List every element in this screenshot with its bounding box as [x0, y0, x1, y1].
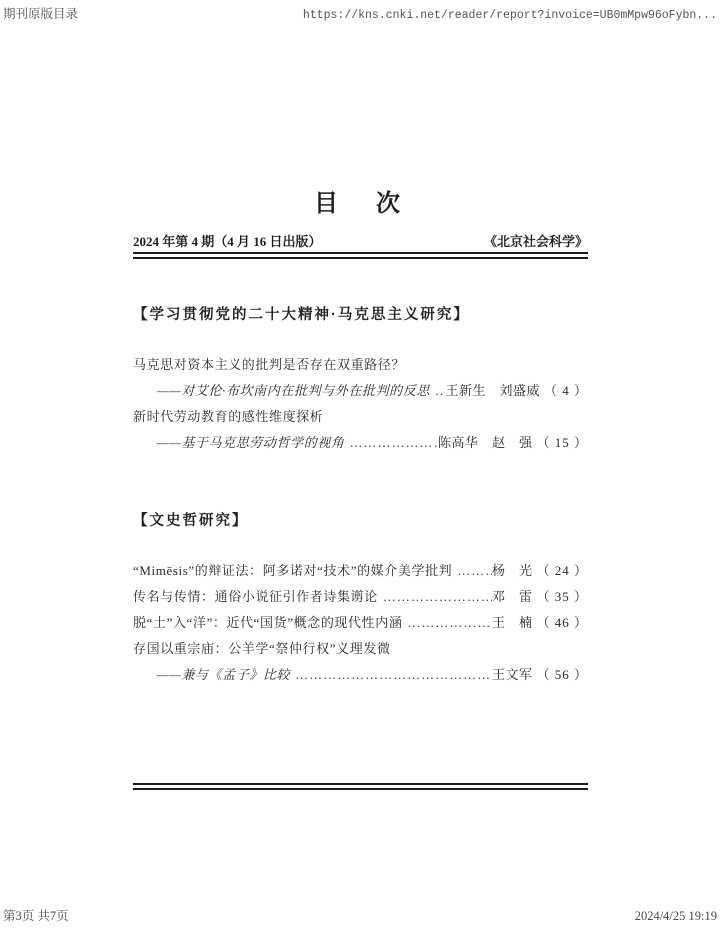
- article-entry-line: 脱“土”入“洋”：近代“国货”概念的现代性内涵 ……………………………… 王 楠…: [133, 610, 588, 636]
- issue-row: 2024 年第 4 期（4 月 16 日出版） 《北京社会科学》: [133, 234, 588, 250]
- timestamp: 2024/4/25 19:19: [635, 909, 717, 924]
- article-authors: 杨 光: [492, 558, 537, 584]
- article-title: 脱“土”入“洋”：近代“国货”概念的现代性内涵: [133, 610, 402, 636]
- toc-content: 目 次 2024 年第 4 期（4 月 16 日出版） 《北京社会科学》 【学习…: [133, 190, 588, 790]
- top-rule: [133, 252, 588, 259]
- article-authors: 邓 雷: [492, 584, 537, 610]
- dot-leader: ………………: [452, 558, 492, 584]
- article-entry-line: ——对艾伦·布坎南内在批判与外在批判的反思 ………… 王新生 刘盛威 （ 4 ）: [133, 378, 588, 404]
- article-authors: 陈高华 赵 强: [438, 430, 537, 456]
- article-entry-line: ——兼与《孟子》比较 ……………………………………………………… 王文军 （ 5…: [133, 662, 588, 688]
- toc-article: 马克思对资本主义的批判是否存在双重路径？ ——对艾伦·布坎南内在批判与外在批判的…: [133, 352, 588, 404]
- viewer-footer: 第3页 共7页 2024/4/25 19:19: [3, 906, 717, 924]
- article-title: 新时代劳动教育的感性维度探析: [133, 404, 588, 430]
- dot-leader: ……………………………………: [378, 584, 492, 610]
- toc-title: 目 次: [133, 190, 588, 218]
- document-page: 期刊原版目录 https://kns.cnki.net/reader/repor…: [0, 0, 720, 931]
- article-page-number: （ 56 ）: [536, 662, 588, 688]
- article-page-number: （ 15 ）: [536, 430, 588, 456]
- article-subtitle: ——兼与《孟子》比较: [157, 662, 290, 688]
- toc-article: 新时代劳动教育的感性维度探析 ——基于马克思劳动哲学的视角 ……………………………: [133, 404, 588, 456]
- viewer-header-title: 期刊原版目录: [3, 4, 78, 22]
- article-page-number: （ 4 ）: [544, 378, 588, 404]
- article-page-number: （ 35 ）: [536, 584, 588, 610]
- article-subtitle: ——基于马克思劳动哲学的视角: [157, 430, 345, 456]
- article-title: 传名与传情：通俗小说征引作者诗集谫论: [133, 584, 378, 610]
- viewer-header: 期刊原版目录 https://kns.cnki.net/reader/repor…: [3, 4, 717, 22]
- issue-label: 2024 年第 4 期（4 月 16 日出版）: [133, 234, 322, 250]
- article-title: 存国以重宗庙：公羊学“祭仲行权”义理发微: [133, 636, 588, 662]
- article-authors: 王新生 刘盛威: [445, 378, 544, 404]
- section-heading-marxism: 【学习贯彻党的二十大精神·马克思主义研究】: [133, 306, 588, 325]
- article-entry-line: “Mimēsis”的辩证法：阿多诺对“技术”的媒介美学批判 ……………… 杨 光…: [133, 558, 588, 584]
- bottom-rule: [133, 783, 588, 790]
- dot-leader: ………………………………………………………: [290, 662, 492, 688]
- journal-name: 《北京社会科学》: [484, 234, 588, 250]
- article-page-number: （ 46 ）: [536, 610, 588, 636]
- dot-leader: ………………………………: [402, 610, 492, 636]
- article-subtitle: ——对艾伦·布坎南内在批判与外在批判的反思: [157, 378, 430, 404]
- article-entry-line: 传名与传情：通俗小说征引作者诗集谫论 …………………………………… 邓 雷 （ …: [133, 584, 588, 610]
- article-page-number: （ 24 ）: [536, 558, 588, 584]
- dot-leader: ………………………………: [345, 430, 438, 456]
- dot-leader: …………: [430, 378, 446, 404]
- viewer-header-url: https://kns.cnki.net/reader/report?invoi…: [303, 9, 717, 22]
- article-title: “Mimēsis”的辩证法：阿多诺对“技术”的媒介美学批判: [133, 558, 452, 584]
- section-heading-humanities: 【文史哲研究】: [133, 512, 588, 531]
- article-authors: 王 楠: [492, 610, 537, 636]
- article-entry-line: ——基于马克思劳动哲学的视角 ……………………………… 陈高华 赵 强 （ 15…: [133, 430, 588, 456]
- article-authors: 王文军: [492, 662, 537, 688]
- section-2-articles: “Mimēsis”的辩证法：阿多诺对“技术”的媒介美学批判 ……………… 杨 光…: [133, 558, 588, 688]
- toc-article: 存国以重宗庙：公羊学“祭仲行权”义理发微 ——兼与《孟子》比较 ………………………: [133, 636, 588, 688]
- section-1-articles: 马克思对资本主义的批判是否存在双重路径？ ——对艾伦·布坎南内在批判与外在批判的…: [133, 352, 588, 456]
- article-title: 马克思对资本主义的批判是否存在双重路径？: [133, 352, 588, 378]
- page-indicator: 第3页 共7页: [3, 906, 69, 924]
